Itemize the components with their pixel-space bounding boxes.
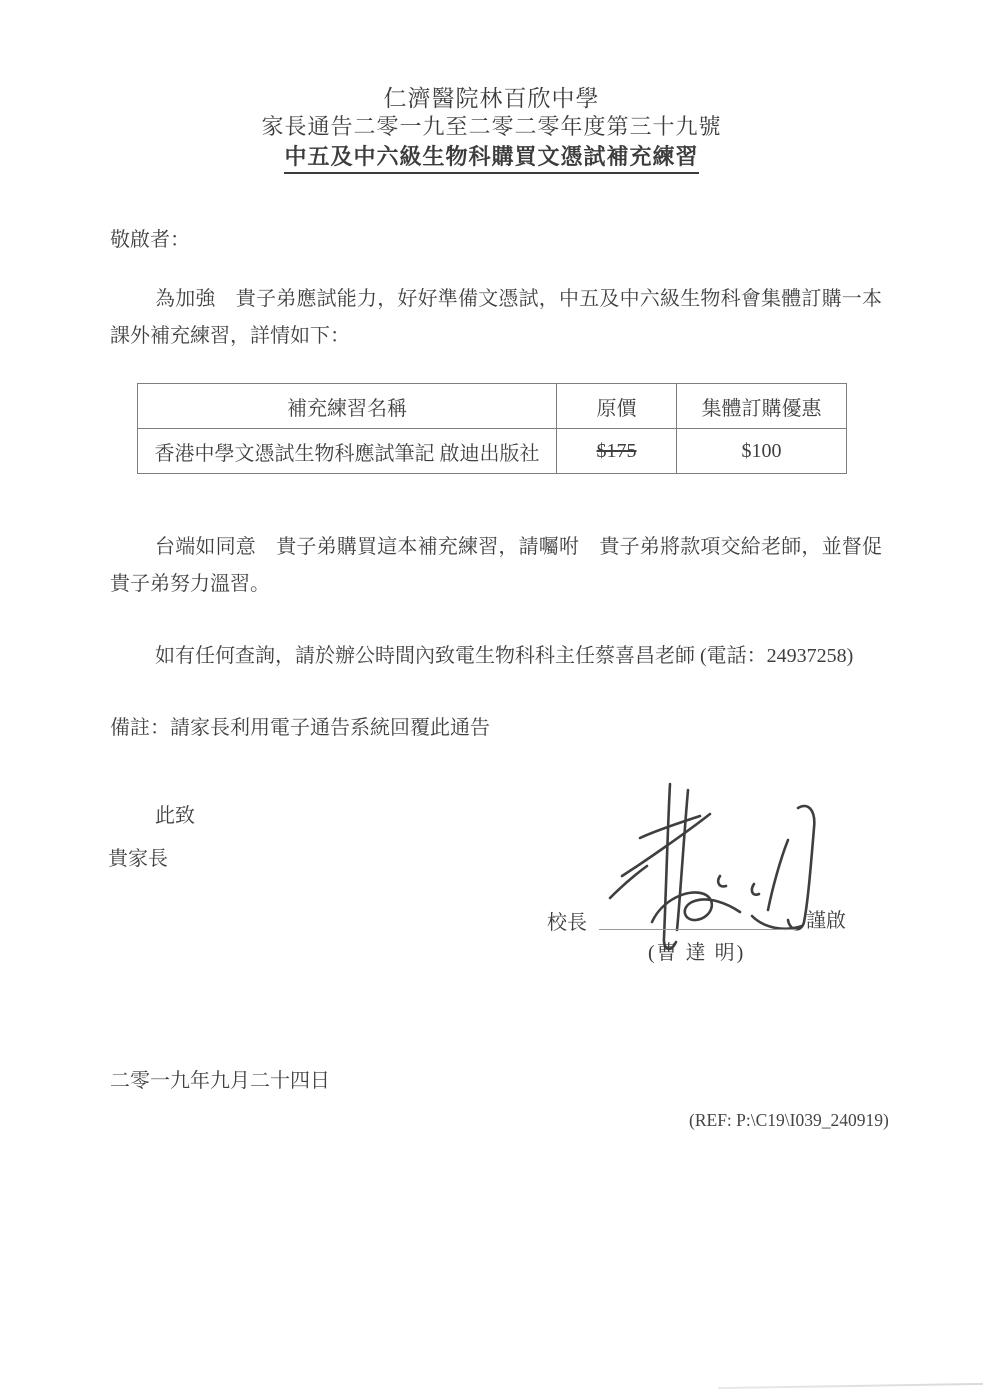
notice-number-line: 家長通告二零一九至二零二零年度第三十九號 (0, 110, 983, 141)
exercise-price-table: 補充練習名稱 原價 集體訂購優惠 香港中學文憑試生物科應試筆記 啟迪出版社 $1… (137, 383, 847, 474)
school-name: 仁濟醫院林百欣中學 (0, 80, 983, 113)
table-row: 香港中學文憑試生物科應試筆記 啟迪出版社 $175 $100 (138, 429, 847, 474)
table-header-original-price: 原價 (557, 384, 677, 429)
paragraph-payment: 台端如同意 貴子弟購買這本補充練習，請囑咐 貴子弟將款項交給老師，並督促貴子弟努… (110, 529, 882, 603)
reference-number: (REF: P:\C19\I039_240919) (689, 1110, 889, 1131)
principal-label: 校長 (547, 905, 587, 942)
scan-edge-artifact (718, 1383, 983, 1389)
table-header-row: 補充練習名稱 原價 集體訂購優惠 (138, 384, 847, 429)
cell-discount-price: $100 (677, 429, 847, 474)
principal-name: (曹 達 明) (648, 936, 745, 965)
salutation: 敬啟者： (110, 222, 190, 259)
notice-date: 二零一九年九月二十四日 (110, 1063, 330, 1100)
cell-exercise-name: 香港中學文憑試生物科應試筆記 啟迪出版社 (138, 429, 557, 474)
original-price-strikethrough: $175 (597, 440, 637, 462)
closing-recipient: 貴家長 (108, 841, 168, 878)
table-header-discount-price: 集體訂購優惠 (677, 384, 847, 429)
signature-line (599, 929, 797, 930)
closing-this-to: 此致 (155, 798, 195, 835)
document-title-text: 中五及中六級生物科購買文憑試補充練習 (284, 140, 698, 174)
paragraph-note: 備註：請家長利用電子通告系統回覆此通告 (110, 710, 490, 747)
respectfully-label: 謹啟 (806, 903, 846, 940)
cell-original-price: $175 (557, 429, 677, 474)
table-header-name: 補充練習名稱 (138, 384, 557, 429)
paragraph-intro: 為加強 貴子弟應試能力，好好準備文憑試，中五及中六級生物科會集體訂購一本課外補充… (110, 281, 882, 355)
notice-document-page: 仁濟醫院林百欣中學 家長通告二零一九至二零二零年度第三十九號 中五及中六級生物科… (0, 0, 983, 1391)
paragraph-enquiry: 如有任何查詢，請於辦公時間內致電生物科科主任蔡喜昌老師 (電話：24937258… (110, 638, 853, 675)
document-title: 中五及中六級生物科購買文憑試補充練習 (0, 140, 983, 174)
